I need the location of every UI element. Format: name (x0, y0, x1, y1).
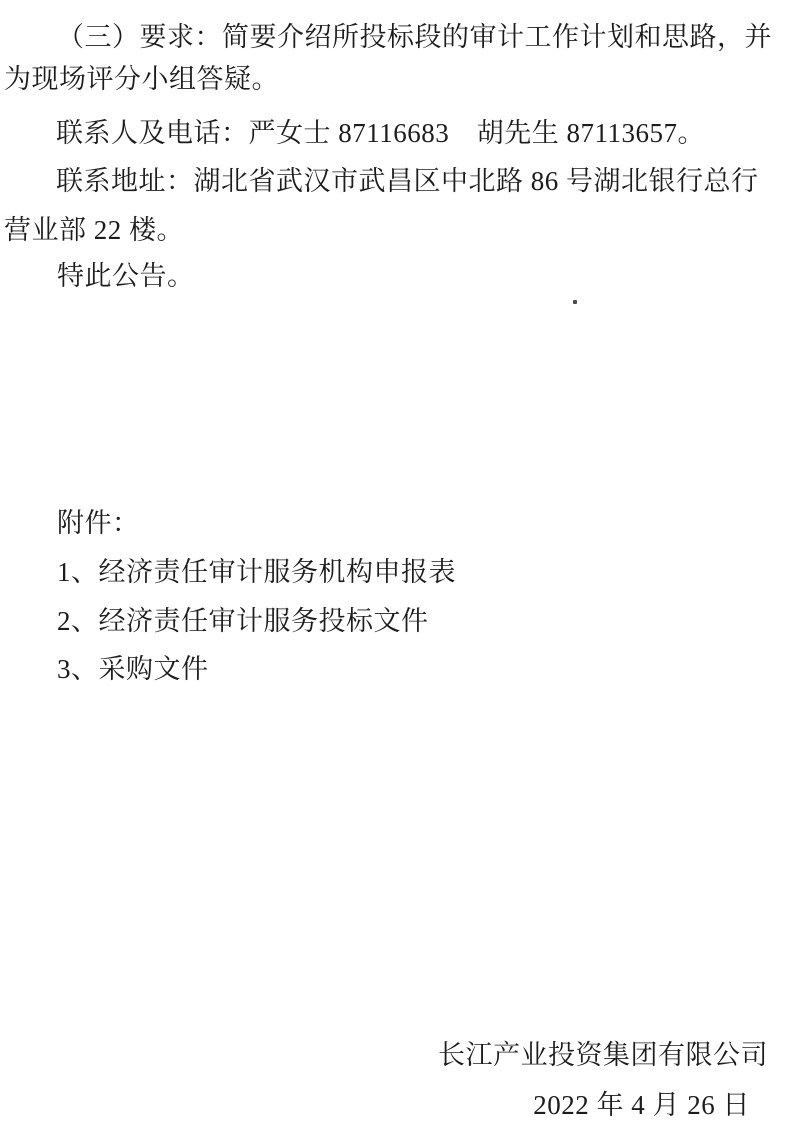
contact-address-line-1: 联系地址：湖北省武汉市武昌区中北路 86 号湖北银行总行 (56, 166, 759, 197)
closing-statement: 特此公告。 (57, 261, 195, 292)
signature-company: 长江产业投资集团有限公司 (438, 1040, 768, 1071)
requirement-line-1: （三）要求：简要介绍所投标段的审计工作计划和思路，并 (57, 22, 772, 53)
attachment-item: 3、采购文件 (57, 654, 209, 685)
attachment-item: 1、经济责任审计服务机构申报表 (57, 557, 456, 588)
signature-date: 2022 年 4 月 26 日 (533, 1090, 750, 1121)
contact-address-line-2: 营业部 22 楼。 (4, 215, 184, 246)
contact-phone-line: 联系人及电话：严女士 87116683 胡先生 87113657。 (56, 118, 705, 149)
attachments-heading: 附件： (57, 508, 140, 539)
ink-speck-artifact (573, 300, 577, 304)
document-page: （三）要求：简要介绍所投标段的审计工作计划和思路，并 为现场评分小组答疑。 联系… (0, 0, 800, 1147)
requirement-line-2: 为现场评分小组答疑。 (4, 64, 279, 95)
attachment-item: 2、经济责任审计服务投标文件 (57, 606, 429, 637)
